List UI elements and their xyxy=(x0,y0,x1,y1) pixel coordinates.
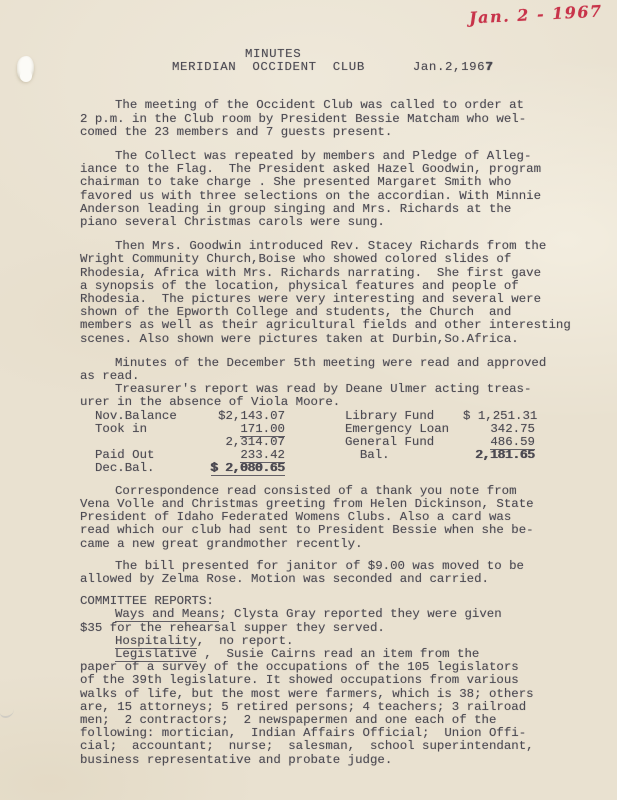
left-value-cell: $ 2,080.65 xyxy=(200,462,285,475)
amount: $ 1,251.31 xyxy=(463,409,537,423)
amount: 342.75 xyxy=(490,422,535,436)
left-label: Dec.Bal. xyxy=(95,462,200,475)
committee-report-text: , no report. xyxy=(197,634,294,648)
right-value-cell: 2,181.65 xyxy=(463,449,535,462)
paragraph-rhodesia-slides: Then Mrs. Goodwin introduced Rev. Stacey… xyxy=(80,240,582,346)
treasurer-report-table: Nov.Balance $2,143.07 Library Fund $ 1,2… xyxy=(95,410,582,476)
paper-crease-mark xyxy=(0,704,14,718)
left-value-cell: $2,143.07 xyxy=(200,410,285,423)
typed-date-overstruck-digit: 7 xyxy=(485,60,493,74)
right-label: Bal. xyxy=(345,449,463,462)
treasurer-row-dec-balance: Dec.Bal. $ 2,080.65 xyxy=(95,462,582,475)
document-body: The meeting of the Occident Club was cal… xyxy=(80,99,582,766)
paragraph-treasurer-intro: Treasurer's report was read by Deane Ulm… xyxy=(80,383,582,409)
committee-item-ways-and-means: Ways and Means; Clysta Gray reported the… xyxy=(80,608,582,634)
club-title-line: MERIDIAN OCCIDENT CLUBJan.2,1967 xyxy=(172,61,617,74)
left-label: Took in xyxy=(95,423,200,436)
amount: $2,143.07 xyxy=(218,409,285,423)
committee-report-text: , Susie Cairns read an item from the pap… xyxy=(80,647,534,767)
paragraph-collect-program: The Collect was repeated by members and … xyxy=(80,150,582,229)
paragraph-janitor-bill: The bill presented for janitor of $9.00 … xyxy=(80,560,582,586)
punch-hole xyxy=(17,56,34,81)
paragraph-meeting-called: The meeting of the Occident Club was cal… xyxy=(80,99,582,139)
amount-overstruck: 2,181.65 xyxy=(476,448,536,462)
paragraph-minutes-approved: Minutes of the December 5th meeting were… xyxy=(80,357,582,383)
paragraph-correspondence: Correspondence read consisted of a thank… xyxy=(80,485,582,551)
amount: 2,314.07 xyxy=(226,435,286,449)
right-label: Library Fund xyxy=(345,410,463,423)
scanned-minutes-page: Jan. 2 - 1967 MINUTES MERIDIAN OCCIDENT … xyxy=(0,0,617,800)
committee-item-legislative: Legislative , Susie Cairns read an item … xyxy=(80,648,582,767)
left-label: Nov.Balance xyxy=(95,410,200,423)
treasurer-row-paid-out: Paid Out 233.42 Bal. 2,181.65 xyxy=(95,449,582,462)
club-name: MERIDIAN OCCIDENT CLUB xyxy=(172,60,365,74)
typed-date: Jan.2,196 xyxy=(413,60,485,74)
amount-underlined-overstruck: $ 2,080.65 xyxy=(211,461,285,476)
